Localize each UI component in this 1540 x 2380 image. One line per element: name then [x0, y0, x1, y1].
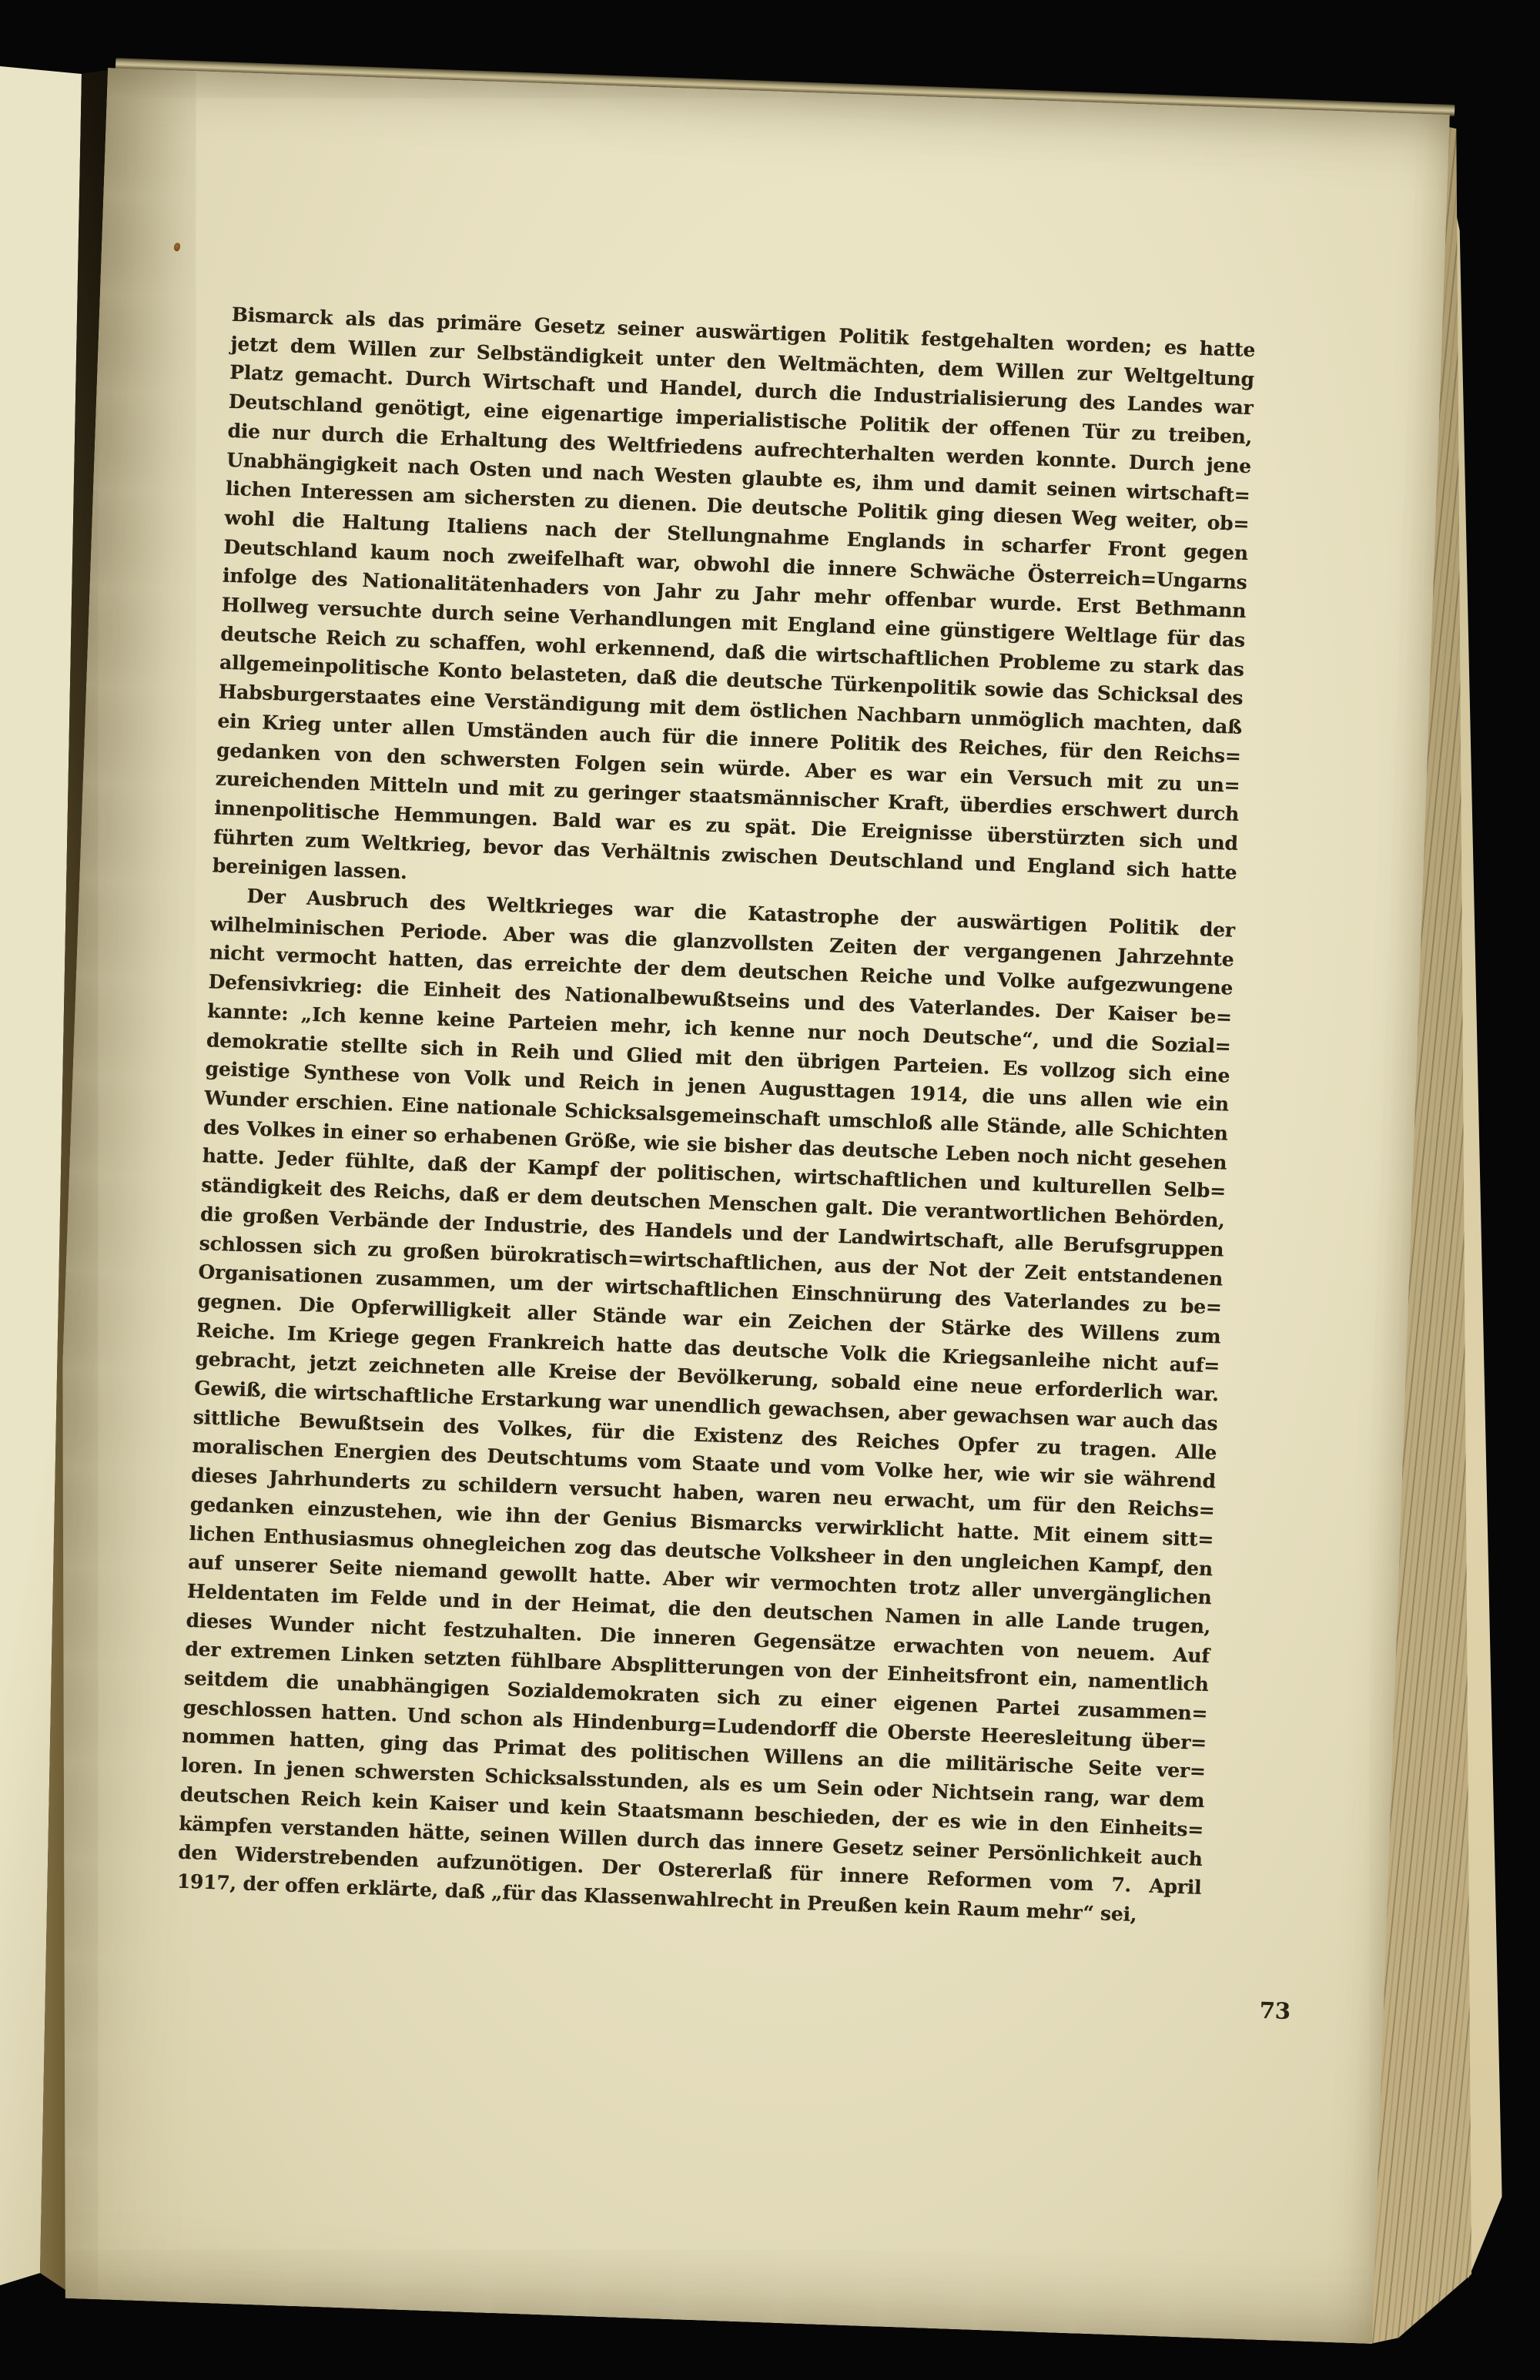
- book-photo-background: Bismarck als das primäre Gesetz seiner a…: [0, 0, 1540, 2380]
- body-text: Bismarck als das primäre Gesetz seiner a…: [176, 300, 1256, 1932]
- book-page-block: Bismarck als das primäre Gesetz seiner a…: [30, 68, 1450, 2344]
- page-number: 73: [1240, 1997, 1310, 2025]
- page: Bismarck als das primäre Gesetz seiner a…: [30, 68, 1450, 2344]
- paper-speck: [173, 242, 182, 252]
